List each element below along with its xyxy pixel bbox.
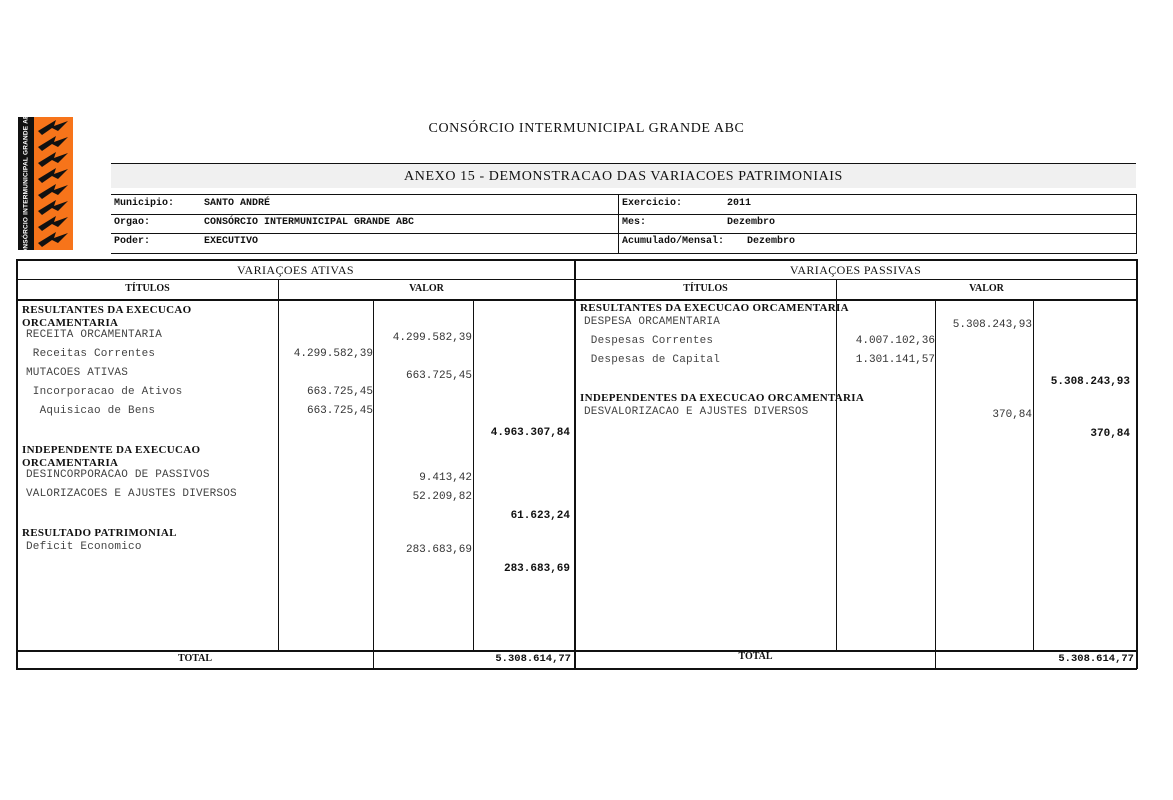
line-item-title: Despesas Correntes	[584, 335, 713, 347]
group-subtotal: 5.308.243,93	[1034, 376, 1130, 388]
section-heading: RESULTANTES DA EXECUCAO ORCAMENTARIA	[580, 302, 849, 315]
section-heading: RESULTANTES DA EXECUCAO ORCAMENTARIA	[22, 304, 192, 330]
line-item-value: 370,84	[936, 409, 1032, 421]
group-subtotal: 61.623,24	[474, 510, 570, 522]
ativas-col-valor: VALOR	[279, 283, 574, 294]
line-item-title: DESINCORPORACAO DE PASSIVOS	[26, 469, 210, 481]
line-item-title: VALORIZACOES E AJUSTES DIVERSOS	[26, 488, 237, 500]
exercicio-value: 2011	[727, 198, 751, 209]
section-heading: RESULTADO PATRIMONIAL	[22, 527, 177, 540]
group-subtotal: 283.683,69	[474, 563, 570, 575]
mes-value: Dezembro	[727, 217, 775, 228]
section-heading: INDEPENDENTES DA EXECUCAO ORCAMENTARIA	[580, 392, 864, 405]
line-item-value: 52.209,82	[374, 491, 472, 503]
line-item-title: DESVALORIZACAO E AJUSTES DIVERSOS	[584, 406, 808, 418]
line-item-title: Aquisicao de Bens	[26, 405, 155, 417]
line-item-title: Incorporacao de Ativos	[26, 386, 182, 398]
line-item-title: Despesas de Capital	[584, 354, 720, 366]
report-title-bar: ANEXO 15 - DEMONSTRACAO DAS VARIACOES PA…	[111, 163, 1136, 188]
passivas-col-titulos: TÍTULOS	[575, 283, 836, 294]
line-item-value: 4.007.102,36	[837, 335, 935, 347]
ativas-heading: VARIAÇOES ATIVAS	[17, 263, 574, 278]
orgao-value: CONSÓRCIO INTERMUNICIPAL GRANDE ABC	[204, 217, 414, 228]
line-item-value: 5.308.243,93	[936, 319, 1032, 331]
line-item-title: DESPESA ORCAMENTARIA	[584, 316, 720, 328]
section-heading: INDEPENDENTE DA EXECUCAO ORCAMENTARIA	[22, 444, 200, 470]
line-item-value: 283.683,69	[374, 544, 472, 556]
poder-label: Poder:	[114, 236, 150, 247]
acumulado-value: Dezembro	[747, 236, 795, 247]
line-item-value: 663.725,45	[374, 370, 472, 382]
orgao-label: Orgao:	[114, 217, 150, 228]
mes-label: Mes:	[622, 217, 646, 228]
line-item-value: 4.299.582,39	[374, 332, 472, 344]
report-title: ANEXO 15 - DEMONSTRACAO DAS VARIACOES PA…	[111, 164, 1136, 190]
ativas-col-titulos: TÍTULOS	[17, 283, 278, 294]
poder-value: EXECUTIVO	[204, 236, 258, 247]
line-item-value: 663.725,45	[279, 386, 373, 398]
acumulado-label: Acumulado/Mensal:	[622, 236, 724, 247]
line-item-title: MUTACOES ATIVAS	[26, 367, 128, 379]
municipio-value: SANTO ANDRÉ	[204, 198, 270, 209]
line-item-value: 663.725,45	[279, 405, 373, 417]
ativas-total-label: TOTAL	[17, 653, 373, 664]
line-item-title: Receitas Correntes	[26, 348, 155, 360]
line-item-value: 4.299.582,39	[279, 348, 373, 360]
report-info-grid: Municipio: SANTO ANDRÉ Exercicio: 2011 O…	[111, 194, 1137, 254]
line-item-title: RECEITA ORCAMENTARIA	[26, 329, 162, 341]
group-subtotal: 370,84	[1034, 428, 1130, 440]
organization-title: CONSÓRCIO INTERMUNICIPAL GRANDE ABC	[0, 121, 1173, 137]
passivas-total-label: TOTAL	[575, 651, 936, 662]
passivas-col-valor: VALOR	[837, 283, 1136, 294]
ativas-total-value: 5.308.614,77	[374, 653, 571, 665]
exercicio-label: Exercicio:	[622, 198, 682, 209]
line-item-title: Deficit Economico	[26, 541, 142, 553]
municipio-label: Municipio:	[114, 198, 174, 209]
group-subtotal: 4.963.307,84	[474, 427, 570, 439]
passivas-total-value: 5.308.614,77	[936, 653, 1134, 665]
passivas-heading: VARIAÇOES PASSIVAS	[575, 263, 1136, 278]
line-item-value: 9.413,42	[374, 472, 472, 484]
line-item-value: 1.301.141,57	[837, 354, 935, 366]
